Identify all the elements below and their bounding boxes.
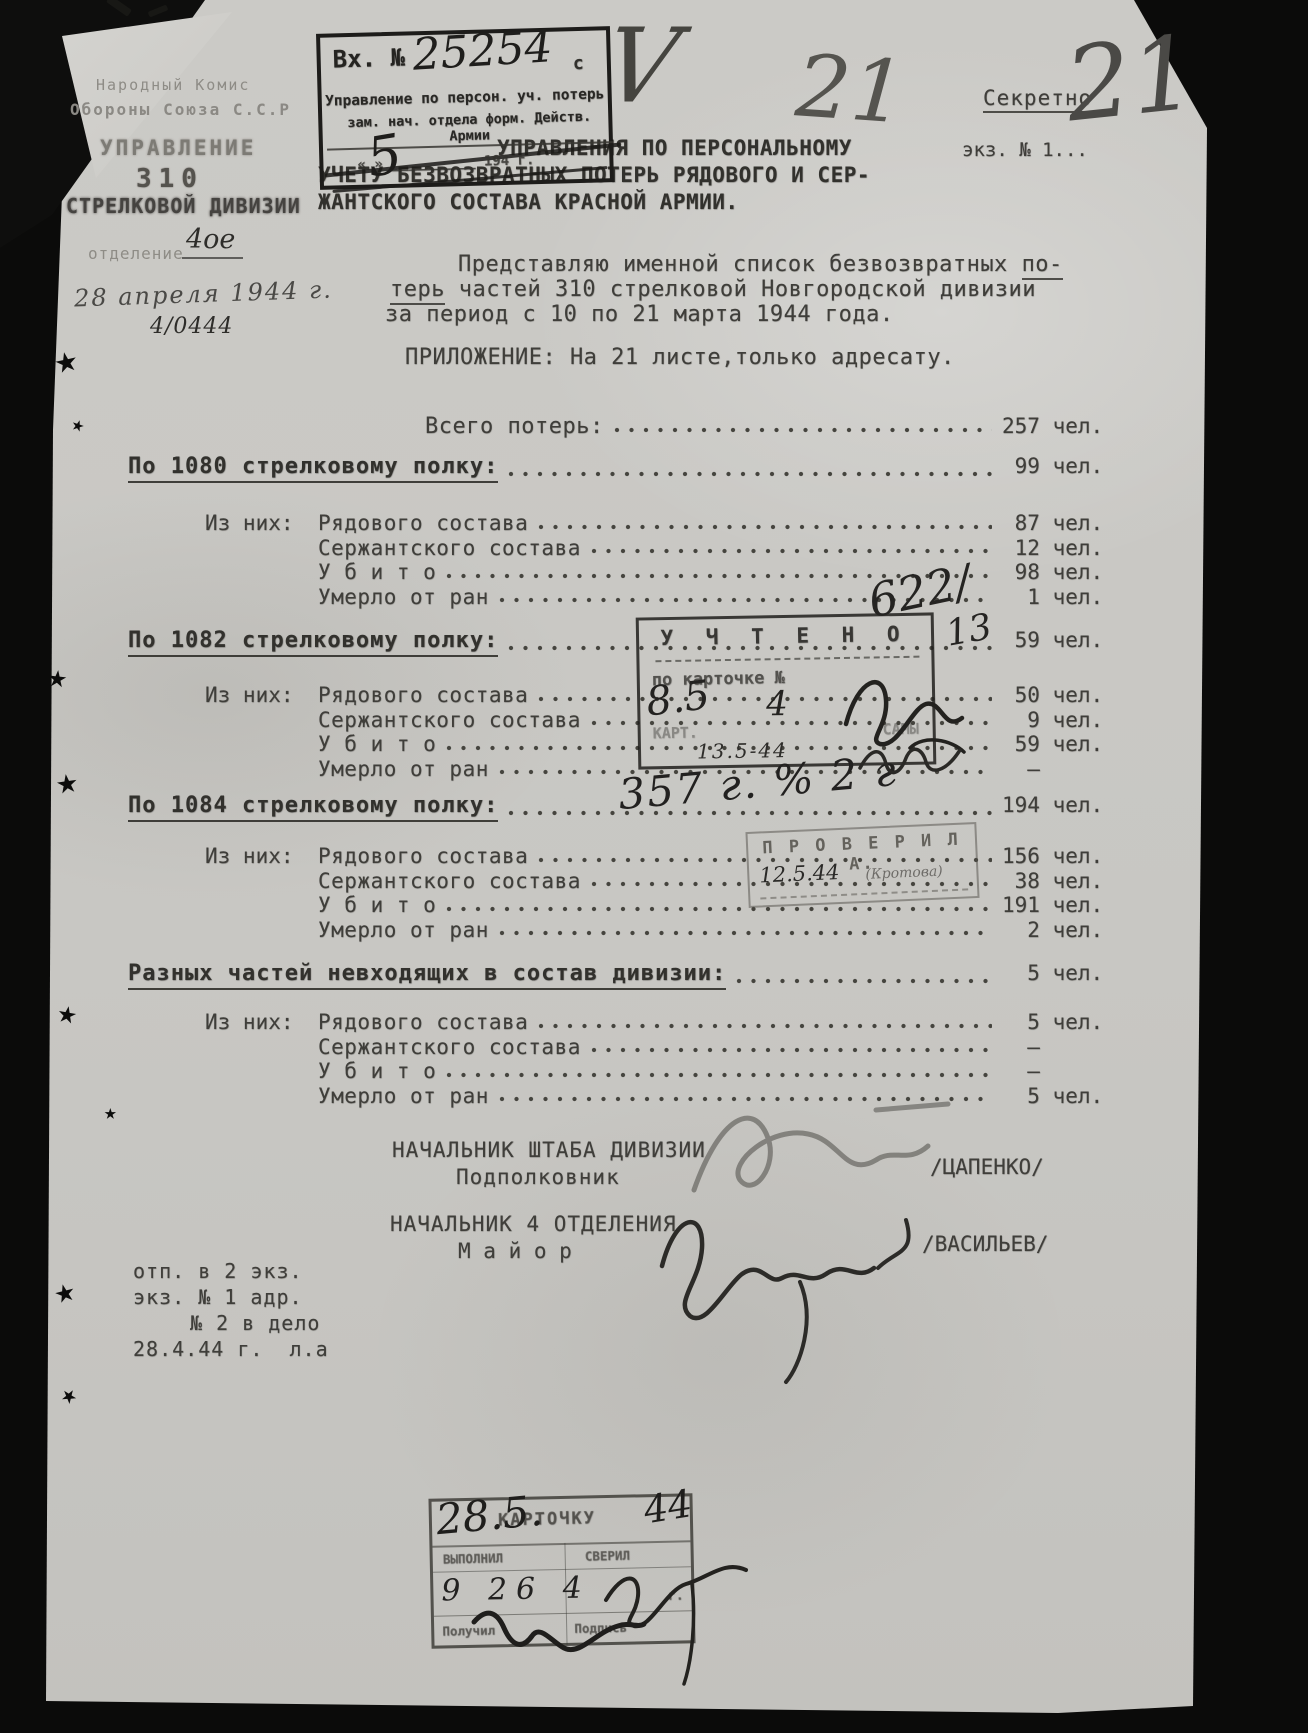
stamp-rule [760,888,968,899]
page-number-pencil-large: 21 [1060,14,1202,146]
row-value: 50 чел. [1002,683,1160,707]
dotted-leader [508,809,992,817]
punch-hole-star [46,659,69,693]
row-value: 2 чел. [1002,918,1160,942]
footer-line1: отп. в 2 экз. [133,1258,329,1284]
row-prefix: Из них: [205,511,318,535]
chief-of-staff-title: НАЧАЛЬНИК ШТАБА ДИВИЗИИ [392,1138,706,1162]
handwritten-ratio: 622/ 13 [868,564,971,618]
total-value: 257 чел. [1002,414,1160,438]
row-value: 5 чел. [1002,1010,1160,1034]
dotted-leader [446,905,992,913]
total-label: Всего потерь: [425,414,604,439]
body-paragraph-line1: Представляю именной список безвозвратных… [458,252,1063,277]
row-label: У б и т о [318,893,436,917]
section-label: отделение [88,244,184,263]
proverila-name-handwritten: (Кротова) [865,864,943,883]
loss-row: Из них: Рядового состава156 чел. [205,844,1160,869]
footer-block: отп. в 2 экз. экз. № 1 адр. № 2 в дело 2… [133,1258,329,1362]
loss-row: Сержантского состава 38 чел. [205,869,1160,894]
row-label: Сержантского состава [318,708,581,732]
loss-row: Сержантского состава – [205,1035,1160,1060]
punch-hole-star [104,1102,117,1123]
row-label: Сержантского состава [318,1035,581,1059]
row-label: Сержантского состава [318,869,581,893]
attachment-note: ПРИЛОЖЕНИЕ: На 21 листе,только адресату. [405,345,955,370]
bottom-scribble [468,1592,648,1662]
loss-row: Из них: Рядового состава 5 чел. [205,1010,1160,1035]
section-value: 5 чел. [1002,961,1160,985]
loss-row: Умерло от ран 1 чел. [205,585,1160,610]
row-label: Умерло от ран [318,757,489,781]
inbox-suffix: с [573,53,584,74]
dotted-leader [538,523,992,531]
proverila-date-handwritten: 12.5.44 [759,860,840,887]
incoming-stamp: Вх. № 25254 с Управление по персон. уч. … [316,26,614,190]
row-label: У б и т о [318,560,436,584]
section-title: Разных частей невходящих в состав дивизи… [128,961,726,990]
section-value: 59 чел. [1002,628,1160,652]
proverila-stamp: П Р О В Е Р И Л А. 12.5.44 (Кротова) [745,822,979,908]
row-label: Умерло от ран [318,918,489,942]
row-value: 38 чел. [1002,869,1160,893]
body-paragraph-line3: за период с 10 по 21 марта 1944 года. [385,302,894,327]
loss-row: Из них: Рядового состава 87 чел. [205,511,1160,536]
loss-row: У б и т о 98 чел. [205,560,1160,585]
row-value: – [1002,1035,1160,1059]
para2-text: частей 310 стрелковой Новгородской дивиз… [445,277,1036,302]
section-title: По 1084 стрелковому полку: [128,793,498,822]
section-other-units: Разных частей невходящих в состав дивизи… [128,961,1160,1108]
row-value: 5 чел. [1002,1084,1160,1108]
chief-of-staff-rank: Подполковник [456,1165,620,1189]
row-value: – [1002,1059,1160,1083]
row-label: У б и т о [318,1059,436,1083]
loss-row: Умерло от ран 2 чел. [205,918,1160,943]
footer-line4: 28.4.44 г. л.а [133,1336,329,1362]
ref-number-handwritten: 4/0444 [150,314,233,339]
bottom-stamp-date-handwritten: 28.5. [434,1486,545,1544]
row-label: Сержантского состава [318,536,581,560]
dotted-leader [591,1046,992,1054]
row-label: Рядового состава [318,1010,528,1034]
letterhead-dept: УПРАВЛЕНИЕ [100,136,256,160]
row-value: 191 чел. [1002,893,1160,917]
bottom-stamp-year-handwritten: 44 [640,1481,695,1532]
row-label: Умерло от ран [318,1084,489,1108]
row-value: 12 чел. [1002,536,1160,560]
uchteno-number-handwritten: 8.5 [644,672,713,725]
dotted-leader [538,1022,992,1030]
section-title: По 1082 стрелковому полку: [128,628,498,657]
body-paragraph-line2: терь частей 310 стрелковой Новгородской … [390,277,1036,302]
inbox-label: Вх. № [332,44,405,74]
stamp-org-line1: Управление по персон. уч. потерь [322,86,608,109]
dotted-leader [591,547,992,555]
dotted-leader [499,929,992,937]
division-number: 310 [136,164,204,194]
section-polk-1080: По 1080 стрелковому полку: 99 чел. Из ни… [128,454,1160,609]
footer-line2: экз. № 1 адр. [133,1284,329,1310]
section-number-handwritten: 4ое [182,224,243,259]
dotted-leader [508,470,992,478]
para2-underlined: терь [390,277,445,305]
head-signature-autograph [650,1190,940,1390]
section-title: По 1080 стрелковому полку: [128,454,498,483]
loss-row: Сержантского состава 12 чел. [205,536,1160,561]
section-value: 99 чел. [1002,454,1160,478]
bottom-stamp-cell1: ВЫПОЛНИЛ [443,1550,504,1566]
row-value: – [1002,757,1160,781]
scanned-document: Народный Комис Обороны Союза С.С.Р УПРАВ… [0,0,1308,1733]
division-name: СТРЕЛКОВОЙ ДИВИЗИИ [66,194,301,218]
para1-underlined: по- [1022,252,1063,280]
loss-row: У б и т о191 чел. [205,893,1160,918]
head-4th-section-title: НАЧАЛЬНИК 4 ОТДЕЛЕНИЯ [390,1212,677,1236]
para1-text: Представляю именной список безвозвратных [458,252,1022,277]
addressee-line3: ЖАНТСКОГО СОСТАВА КРАСНОЙ АРМИИ. [318,190,739,214]
row-value: 87 чел. [1002,511,1160,535]
head-4th-section-name: /ВАСИЛЬЕВ/ [922,1232,1048,1256]
row-label: Рядового состава [318,844,528,868]
row-prefix: Из них: [205,844,318,868]
row-label: Рядового состава [318,683,528,707]
signature-autograph [856,728,966,788]
row-value: 9 чел. [1002,708,1160,732]
row-label: У б и т о [318,732,436,756]
loss-row: У б и т о – [205,1059,1160,1084]
row-label: Рядового состава [318,511,528,535]
inbox-number-handwritten: 25254 [411,21,554,80]
row-value: 1 чел. [1002,585,1160,609]
head-4th-section-rank: М а й о р [458,1239,572,1263]
dotted-leader [614,426,992,434]
dotted-leader [446,1071,992,1079]
total-losses-row: Всего потерь: 257 чел. [425,414,1160,439]
row-value: 98 чел. [1002,560,1160,584]
footer-line3: № 2 в дело [133,1310,329,1336]
row-value: 156 чел. [1002,844,1160,868]
row-value: 59 чел. [1002,732,1160,756]
copy-note: экз. № 1... [962,139,1088,161]
dotted-leader [736,977,992,985]
page-number-pencil: 21 [793,36,909,143]
uchteno-faint-left: КАРТ. [653,724,698,743]
row-prefix: Из них: [205,683,318,707]
row-prefix: Из них: [205,1010,318,1034]
letterhead-org-line1: Народный Комис [96,76,250,94]
uchteno-number2-handwritten: 4 [766,684,788,724]
section-value: 194 чел. [1002,793,1160,817]
row-label: Умерло от ран [318,585,489,609]
letterhead-org-line2: Обороны Союза С.С.Р [70,100,291,119]
uchteno-title: У Ч Т Е Н О [639,621,931,650]
